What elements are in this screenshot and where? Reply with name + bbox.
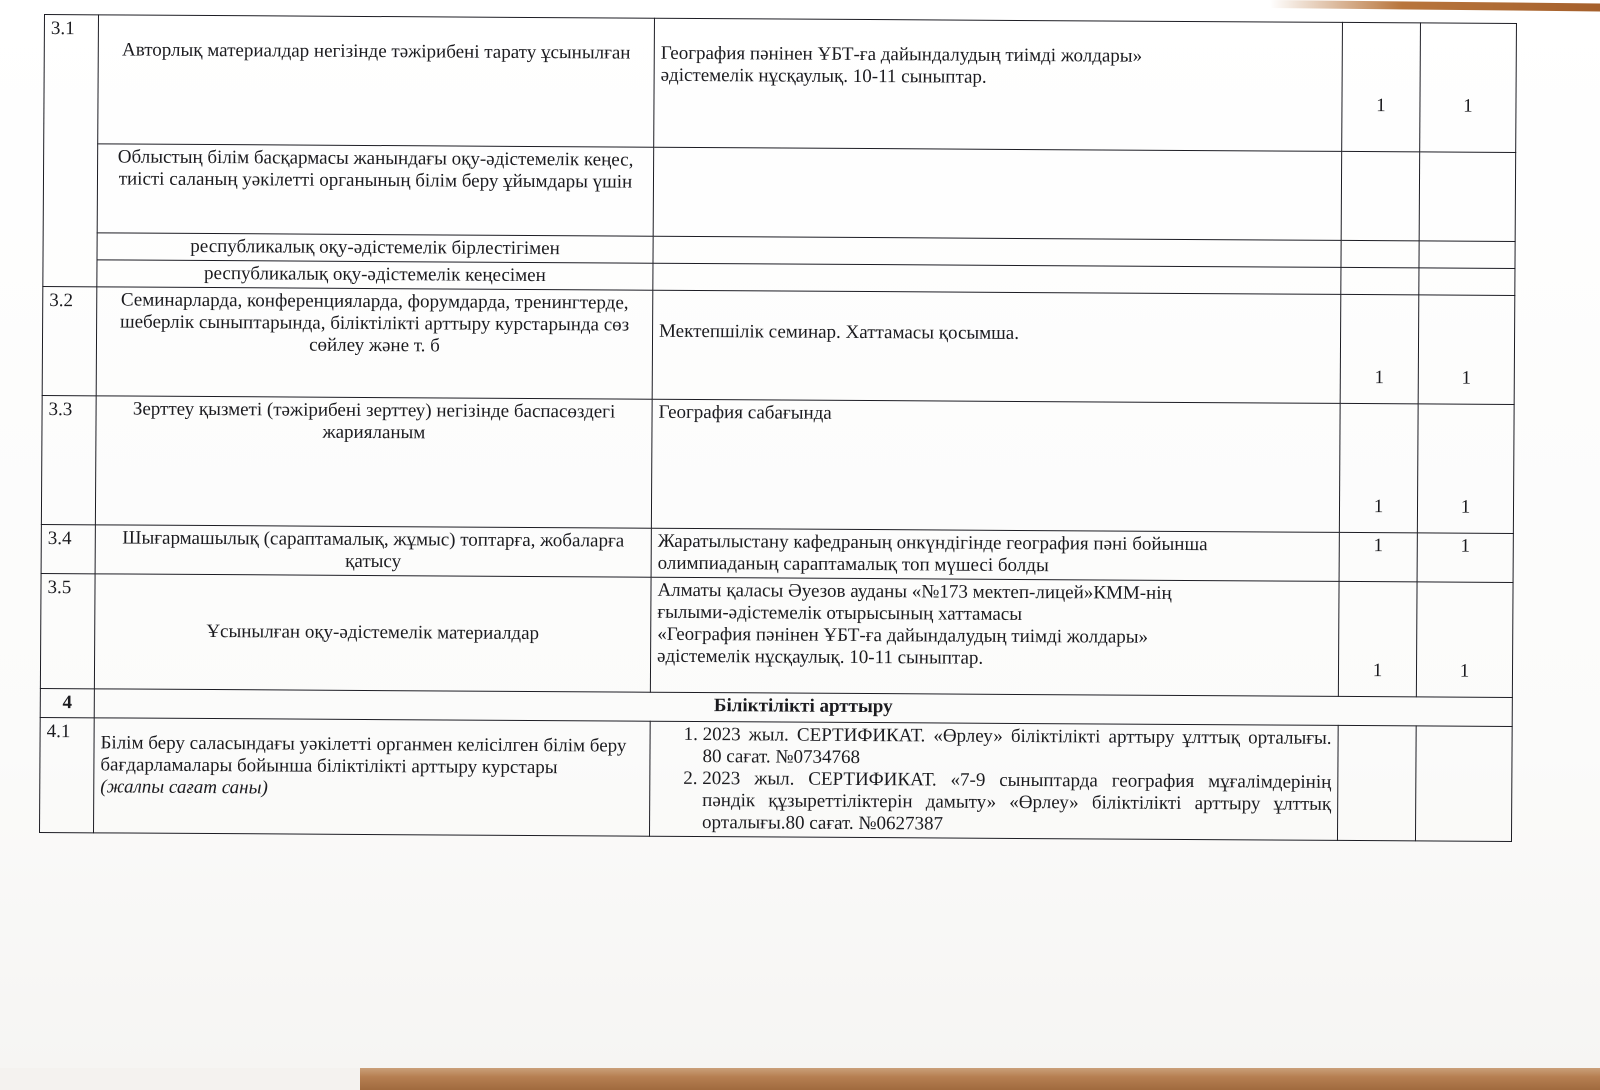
score-cell-1: 1 [1342,22,1421,151]
section-number: 4 [40,688,94,717]
criterion-regional-council: Облыстың білім басқармасы жанындағы оқу-… [97,144,654,236]
description-cell: Мектепшілік семинар. Хаттамасы қосымша. [652,290,1341,403]
criterion-authored-materials: Авторлық материалдар негізінде тәжірибен… [98,15,655,147]
criterion-text: Білім беру саласындағы уәкілетті органме… [100,732,643,779]
score-cell-1 [1341,240,1419,267]
description-cell [653,263,1341,294]
desk-surface [360,1068,1600,1090]
score-cell-2: 1 [1420,23,1517,153]
certificates-list: 2023 жыл. СЕРТИФИКАТ. «Өрлеу» біліктілік… [656,724,1332,838]
row-number: 3.4 [41,524,95,573]
criterion-republic-association: республикалық оқу-әдістемелік бірлестігі… [97,233,653,263]
criterion-seminars: Семинарларда, конференцияларда, форумдар… [96,287,653,399]
certificates-cell: 2023 жыл. СЕРТИФИКАТ. «Өрлеу» біліктілік… [649,721,1338,840]
table-row-3-4: 3.4 Шығармашылық (сараптамалық, жұмыс) т… [41,524,1513,582]
score-cell-1: 1 [1338,581,1417,696]
table-row-3-1-regional: Облыстың білім басқармасы жанындағы оқу-… [43,144,1516,242]
table-row-4-1: 4.1 Білім беру саласындағы уәкілетті орг… [40,717,1513,841]
row-number: 3.2 [42,286,97,395]
certificate-item: 2023 жыл. СЕРТИФИКАТ. «Өрлеу» біліктілік… [702,724,1331,772]
row-number: 4.1 [40,717,95,832]
page-edge-shadow [1270,0,1600,11]
certificate-item: 2023 жыл. СЕРТИФИКАТ. «7-9 сыныптарда ге… [702,768,1331,838]
criterion-qualification-courses: Білім беру саласындағы уәкілетті органме… [93,718,650,836]
score-cell-1: 1 [1339,532,1417,581]
criterion-note: (жалпы сағат саны) [100,776,643,801]
score-cell-2 [1419,268,1515,296]
table-row-3-2: 3.2 Семинарларда, конференцияларда, фору… [42,286,1515,404]
description-cell: География сабағында [651,399,1340,532]
table-row-3-5: 3.5 Ұсынылған оқу-әдістемелік материалда… [40,573,1513,697]
criterion-recommended-materials: Ұсынылған оқу-әдістемелік материалдар [94,574,651,692]
description-cell [653,147,1342,240]
score-cell-1 [1341,267,1419,294]
score-cell-2: 1 [1417,533,1513,583]
score-cell-1 [1337,725,1416,840]
score-cell-2: 1 [1418,295,1515,405]
description-line: әдістемелік нұсқаулық. 10-11 сыныптар. [657,646,1332,672]
row-number: 3.3 [41,395,96,524]
score-cell-2: 1 [1417,404,1514,534]
score-cell-2 [1415,726,1512,842]
evaluation-table-container: 3.1 Авторлық материалдар негізінде тәжір… [39,14,1516,842]
description-cell: География пәнінен ҰБТ-ға дайындалудың ти… [654,18,1343,151]
score-cell-2: 1 [1416,582,1513,698]
row-number: 3.5 [40,573,95,688]
score-cell-2 [1419,152,1516,242]
row-number: 3.1 [43,15,99,287]
table-row-3-3: 3.3 Зерттеу қызметі (тәжірибені зерттеу)… [41,395,1514,533]
evaluation-table: 3.1 Авторлық материалдар негізінде тәжір… [39,14,1517,842]
description-cell [653,236,1341,267]
score-cell-1: 1 [1340,294,1419,403]
criterion-research-publication: Зерттеу қызметі (тәжірибені зерттеу) нег… [95,396,652,528]
description-cell: Алматы қаласы Әуезов ауданы «№173 мектеп… [650,577,1339,696]
criterion-republic-council: республикалық оқу-әдістемелік кеңесімен [97,260,653,290]
description-line: әдістемелік нұсқаулық. 10-11 сыныптар. [661,65,1336,91]
score-cell-2 [1419,241,1515,269]
table-row-3-1: 3.1 Авторлық материалдар негізінде тәжір… [44,15,1517,153]
criterion-creative-groups: Шығармашылық (сараптамалық, жұмыс) топта… [95,525,651,577]
document-page: 3.1 Авторлық материалдар негізінде тәжір… [0,0,1600,1068]
score-cell-1 [1341,151,1420,240]
description-cell: Жаратылыстану кафедраның онкүндігінде ге… [651,528,1339,581]
score-cell-1: 1 [1339,403,1418,532]
